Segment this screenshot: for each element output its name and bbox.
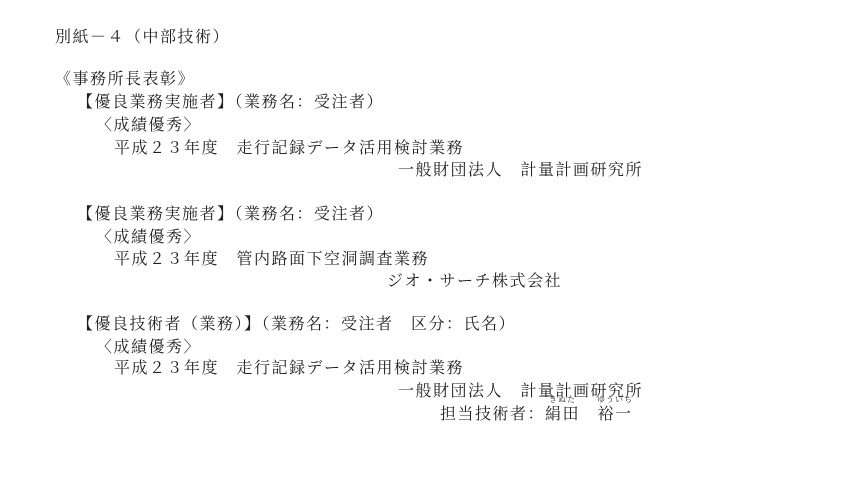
award-recipient: 一般財団法人 計量計画研究所 xyxy=(398,161,643,180)
engineer-given-name-ruby: ゆういち xyxy=(597,396,633,404)
engineer-family-name-text: 絹田 xyxy=(545,406,580,423)
attachment-header: 別紙－４（中部技術） xyxy=(55,28,230,47)
award-project: 平成２３年度 走行記録データ活用検討業務 xyxy=(114,359,464,378)
award-recipient: ジオ・サーチ株式会社 xyxy=(387,272,562,291)
engineer-given-name: ゆういち裕一 xyxy=(598,405,633,424)
engineer-given-name-text: 裕一 xyxy=(598,406,633,423)
document-page: 別紙－４（中部技術） 《事務所長表彰》 【優良業務実施者】（業務名：受注者） 〈… xyxy=(0,0,857,479)
section-title: 《事務所長表彰》 xyxy=(55,70,195,89)
award-grade: 〈成績優秀〉 xyxy=(96,338,201,357)
engineer-line: 担当技術者：きぬた絹田 ゆういち裕一 xyxy=(440,405,633,424)
engineer-family-name-ruby: きぬた xyxy=(549,396,576,404)
engineer-name-separator xyxy=(580,406,598,423)
award-grade: 〈成績優秀〉 xyxy=(96,116,201,135)
award-project: 平成２３年度 走行記録データ活用検討業務 xyxy=(114,139,464,158)
award-category: 【優良技術者（業務）】（業務名：受注者 区分：氏名） xyxy=(77,315,516,334)
award-project: 平成２３年度 管内路面下空洞調査業務 xyxy=(114,250,429,269)
award-category: 【優良業務実施者】（業務名：受注者） xyxy=(77,205,384,224)
award-category: 【優良業務実施者】（業務名：受注者） xyxy=(77,93,384,112)
engineer-label: 担当技術者： xyxy=(440,406,545,423)
engineer-family-name: きぬた絹田 xyxy=(545,405,580,424)
award-grade: 〈成績優秀〉 xyxy=(96,228,201,247)
